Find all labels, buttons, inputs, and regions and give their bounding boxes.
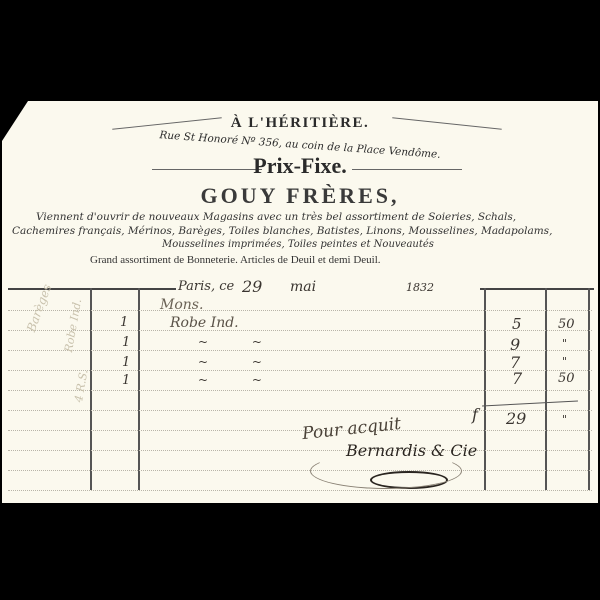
item-francs: 7 xyxy=(512,369,522,388)
item-centimes: 50 xyxy=(558,371,575,386)
item-francs: 9 xyxy=(510,335,520,354)
ruled-line xyxy=(8,410,592,411)
item-description: Robe Ind. xyxy=(170,315,239,331)
total-rule xyxy=(482,400,578,406)
date-prefix: Paris, ce xyxy=(178,279,234,294)
addressee: Mons. xyxy=(160,297,203,313)
column-rule xyxy=(588,288,590,490)
ruled-line xyxy=(8,430,592,431)
item-centimes: " xyxy=(562,355,567,368)
header-description-line: Cachemires français, Mérinos, Barèges, T… xyxy=(12,225,552,237)
firm-name: GOUY FRÈRES, xyxy=(2,183,598,209)
item-centimes: " xyxy=(562,337,567,350)
item-description: ~ ~ xyxy=(198,355,262,369)
item-description: ~ ~ xyxy=(198,335,262,349)
item-centimes: 50 xyxy=(558,317,575,332)
ruled-line xyxy=(8,310,592,311)
column-rule xyxy=(484,288,486,490)
item-description: ~ ~ xyxy=(198,373,262,387)
ruled-line xyxy=(8,470,592,471)
ruled-line xyxy=(8,490,592,491)
pricing-label: Prix-Fixe. xyxy=(2,153,598,179)
ledger-top-rule xyxy=(480,288,594,290)
date-year: 1832 xyxy=(406,281,434,294)
ruled-line xyxy=(8,350,592,351)
ruled-line xyxy=(8,390,592,391)
column-rule xyxy=(138,288,140,490)
signature-acquit: Pour acquit xyxy=(301,414,402,444)
ruled-line xyxy=(8,370,592,371)
column-rule xyxy=(545,288,547,490)
faint-margin-text: Robe Ind. xyxy=(62,298,84,353)
header-description-line: Mousselines imprimées, Toiles peintes et… xyxy=(162,239,434,250)
invoice-paper: À L'HÉRITIÈRE. Rue St Honoré Nº 356, au … xyxy=(2,101,598,503)
date-day: 29 xyxy=(242,277,262,296)
header-description-line: Viennent d'ouvrir de nouveaux Magasins a… xyxy=(36,211,516,223)
item-qty: 1 xyxy=(122,335,130,350)
signature-flourish xyxy=(310,453,462,489)
total-currency-mark: f xyxy=(472,405,478,424)
item-qty: 1 xyxy=(122,373,130,388)
ledger-top-rule xyxy=(8,288,176,290)
total-francs: 29 xyxy=(506,409,526,428)
item-qty: 1 xyxy=(120,315,128,330)
ruled-line xyxy=(8,450,592,451)
column-rule xyxy=(90,288,92,490)
item-francs: 5 xyxy=(512,315,522,333)
faint-margin-text: 4 R.S. xyxy=(72,369,91,404)
item-qty: 1 xyxy=(122,355,130,370)
header-description-line: Grand assortiment de Bonneterie. Article… xyxy=(90,254,381,266)
date-month: mai xyxy=(290,279,316,295)
ruled-line xyxy=(8,330,592,331)
total-centimes: " xyxy=(562,413,567,426)
